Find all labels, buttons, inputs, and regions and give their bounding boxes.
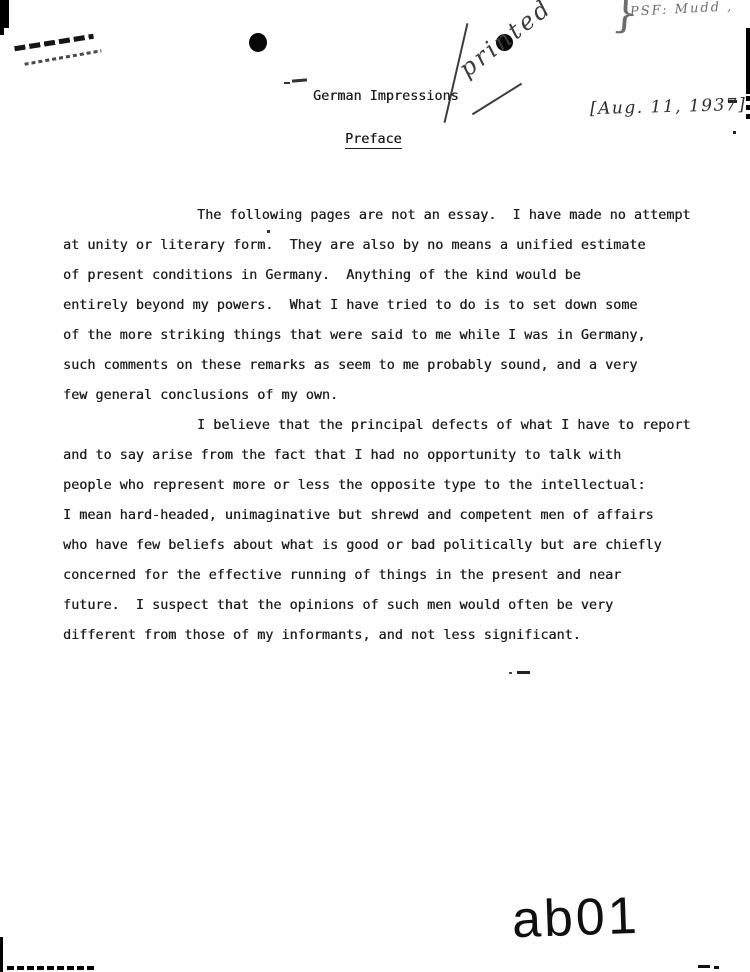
stray-dash-bottom-right [698,965,710,968]
text-line: entirely beyond my powers. What I have t… [63,297,723,327]
document-subtitle: Preface [345,132,402,149]
text-line: I mean hard-headed, unimaginative but sh… [63,507,723,537]
handwritten-page-id: ab01 [511,886,641,950]
text-line: few general conclusions of my own. [63,387,723,417]
stray-dash-near-title-2 [292,78,307,82]
scanned-document-page: } PSF: Mudd , [Aug. 11, 1937] printed ab… [0,0,750,972]
stray-dot-mid-page [509,672,512,674]
stray-dash-mid-page [517,671,530,674]
text-line: of the more striking things that were sa… [63,327,723,357]
handwritten-diagonal-note: printed [453,0,557,83]
text-line: at unity or literary form. They are also… [63,237,723,267]
text-line: I believe that the principal defects of … [63,417,723,447]
text-line: and to say arise from the fact that I ha… [63,447,723,477]
text-line: such comments on these remarks as seem t… [63,357,723,387]
document-body: The following pages are not an essay. I … [63,207,723,657]
scan-edge-right-line-dashed [746,96,750,122]
stray-dash-bottom-right-2 [714,966,719,969]
hole-punch-mark-left [249,33,267,52]
document-title: German Impressions [313,89,459,104]
stray-dot-right-margin [733,131,736,134]
text-line: of present conditions in Germany. Anythi… [63,267,723,297]
handwritten-file-note: PSF: Mudd , [630,0,734,20]
pen-scribble-top-left-2 [24,49,101,65]
handwritten-date-note: [Aug. 11, 1937] [590,95,747,119]
pen-scribble-top-left [14,34,94,51]
text-line: concerned for the effective running of t… [63,567,723,597]
text-line: future. I suspect that the opinions of s… [63,597,723,627]
text-line: different from those of my informants, a… [63,627,723,657]
scan-edge-bottom-dashes [7,966,97,970]
scan-edge-right-line [746,28,750,94]
scan-edge-bottom-left-line [0,937,3,972]
scan-edge-top-left-notch [0,28,4,35]
text-line: The following pages are not an essay. I … [63,207,723,237]
pen-stroke-diagonal-2 [472,83,522,115]
text-line: who have few beliefs about what is good … [63,537,723,567]
stray-dash-near-title [284,82,290,84]
scan-edge-top-left [0,0,9,28]
text-line: people who represent more or less the op… [63,477,723,507]
